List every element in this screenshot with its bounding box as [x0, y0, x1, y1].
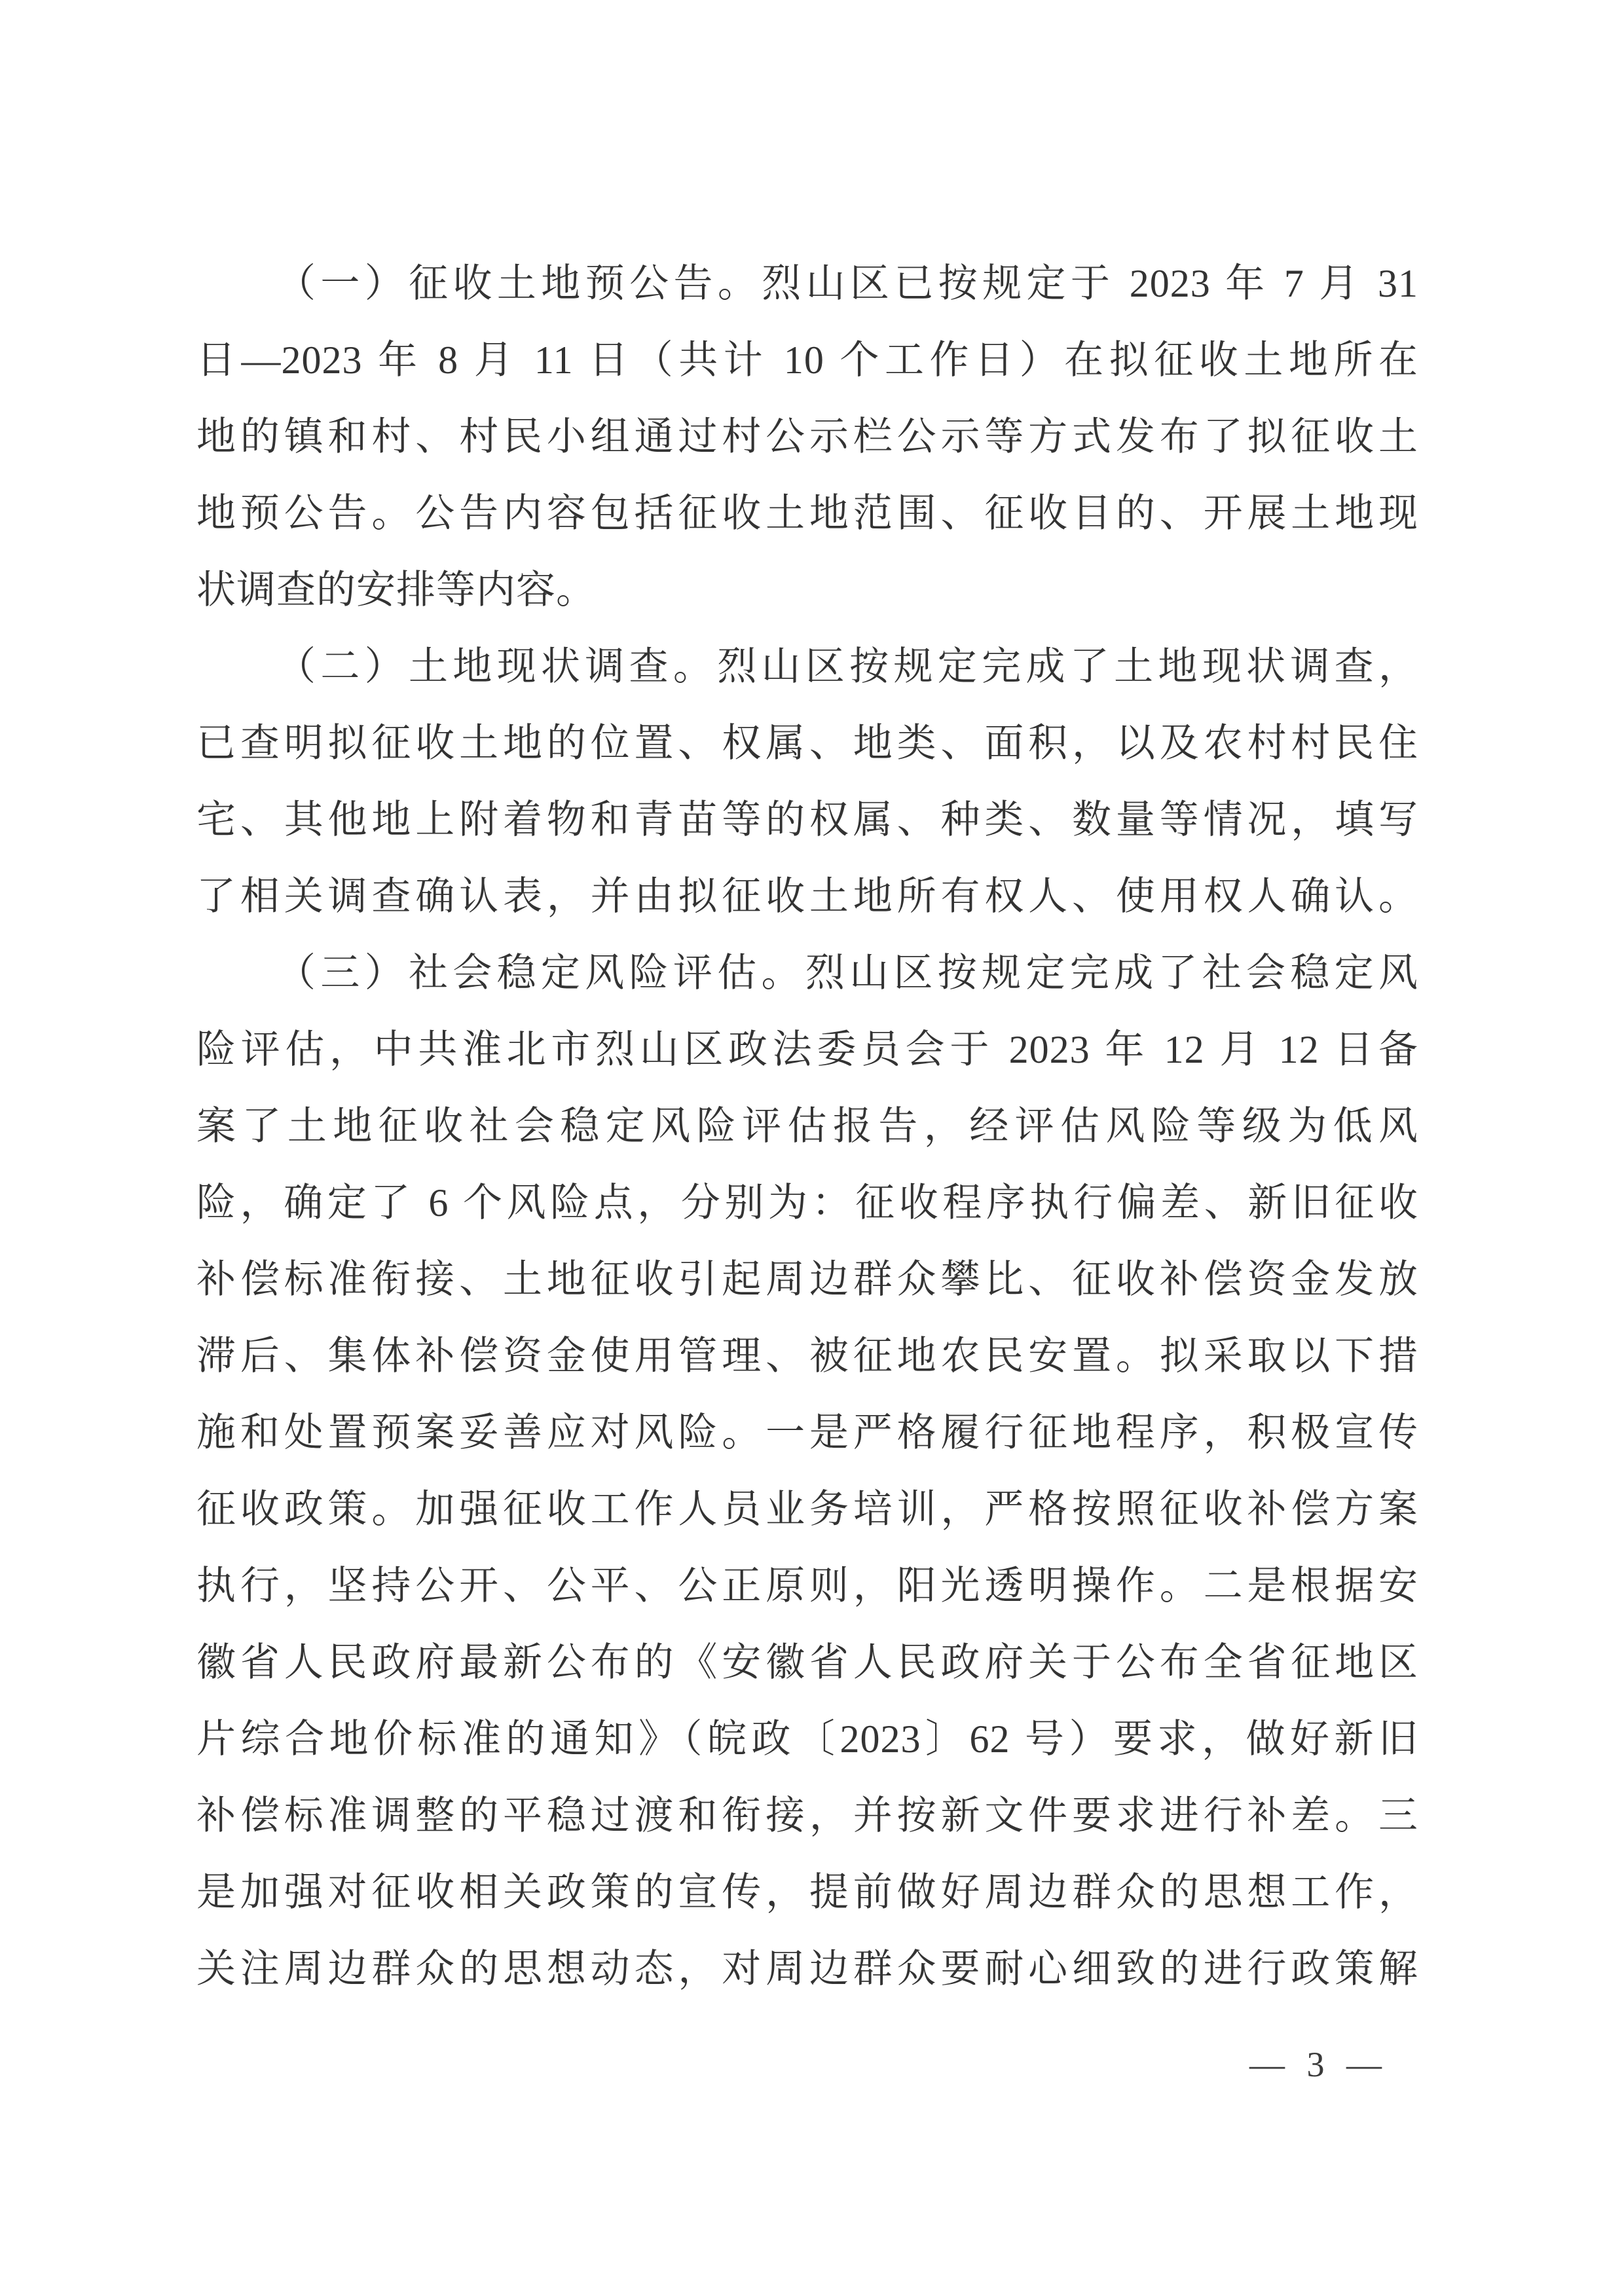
- document-body: （一）征收土地预公告。烈山区已按规定于 2023 年 7 月 31日—2023 …: [196, 246, 1418, 2008]
- text-line: 地预公告。公告内容包括征收土地范围、征收目的、开展土地现: [196, 475, 1418, 552]
- text-line: 是加强对征收相关政策的宣传，提前做好周边群众的思想工作，: [196, 1854, 1418, 1931]
- document-page: （一）征收土地预公告。烈山区已按规定于 2023 年 7 月 31日—2023 …: [0, 0, 1624, 2295]
- text-line: 补偿标准衔接、土地征收引起周边群众攀比、征收补偿资金发放: [196, 1241, 1418, 1318]
- text-line: 险评估，中共淮北市烈山区政法委员会于 2023 年 12 月 12 日备: [196, 1012, 1418, 1088]
- text-line: 施和处置预案妥善应对风险。一是严格履行征地程序，积极宣传: [196, 1395, 1418, 1471]
- text-line: 案了土地征收社会稳定风险评估报告，经评估风险等级为低风: [196, 1088, 1418, 1165]
- text-line: 关注周边群众的思想动态，对周边群众要耐心细致的进行政策解: [196, 1931, 1418, 2008]
- text-line: （三）社会稳定风险评估。烈山区按规定完成了社会稳定风: [196, 935, 1418, 1012]
- text-line: 日—2023 年 8 月 11 日（共计 10 个工作日）在拟征收土地所在: [196, 322, 1418, 399]
- text-line: 徽省人民政府最新公布的《安徽省人民政府关于公布全省征地区: [196, 1625, 1418, 1701]
- text-line: 地的镇和村、村民小组通过村公示栏公示等方式发布了拟征收土: [196, 399, 1418, 475]
- text-line: 执行，坚持公开、公平、公正原则，阳光透明操作。二是根据安: [196, 1548, 1418, 1625]
- text-line: 已查明拟征收土地的位置、权属、地类、面积，以及农村村民住: [196, 705, 1418, 782]
- text-line: 险，确定了 6 个风险点，分别为：征收程序执行偏差、新旧征收: [196, 1165, 1418, 1241]
- text-line: （一）征收土地预公告。烈山区已按规定于 2023 年 7 月 31: [196, 246, 1418, 322]
- text-line: 片综合地价标准的通知》（皖政〔2023〕62 号）要求，做好新旧: [196, 1701, 1418, 1778]
- text-line: 补偿标准调整的平稳过渡和衔接，并按新文件要求进行补差。三: [196, 1778, 1418, 1854]
- page-number: — 3 —: [1249, 2042, 1388, 2087]
- text-line: 宅、其他地上附着物和青苗等的权属、种类、数量等情况，填写: [196, 782, 1418, 858]
- text-line: 状调查的安排等内容。: [196, 552, 1418, 629]
- text-line: 征收政策。加强征收工作人员业务培训，严格按照征收补偿方案: [196, 1471, 1418, 1548]
- text-line: 了相关调查确认表，并由拟征收土地所有权人、使用权人确认。: [196, 858, 1418, 935]
- text-line: （二）土地现状调查。烈山区按规定完成了土地现状调查，: [196, 629, 1418, 705]
- text-line: 滞后、集体补偿资金使用管理、被征地农民安置。拟采取以下措: [196, 1318, 1418, 1395]
